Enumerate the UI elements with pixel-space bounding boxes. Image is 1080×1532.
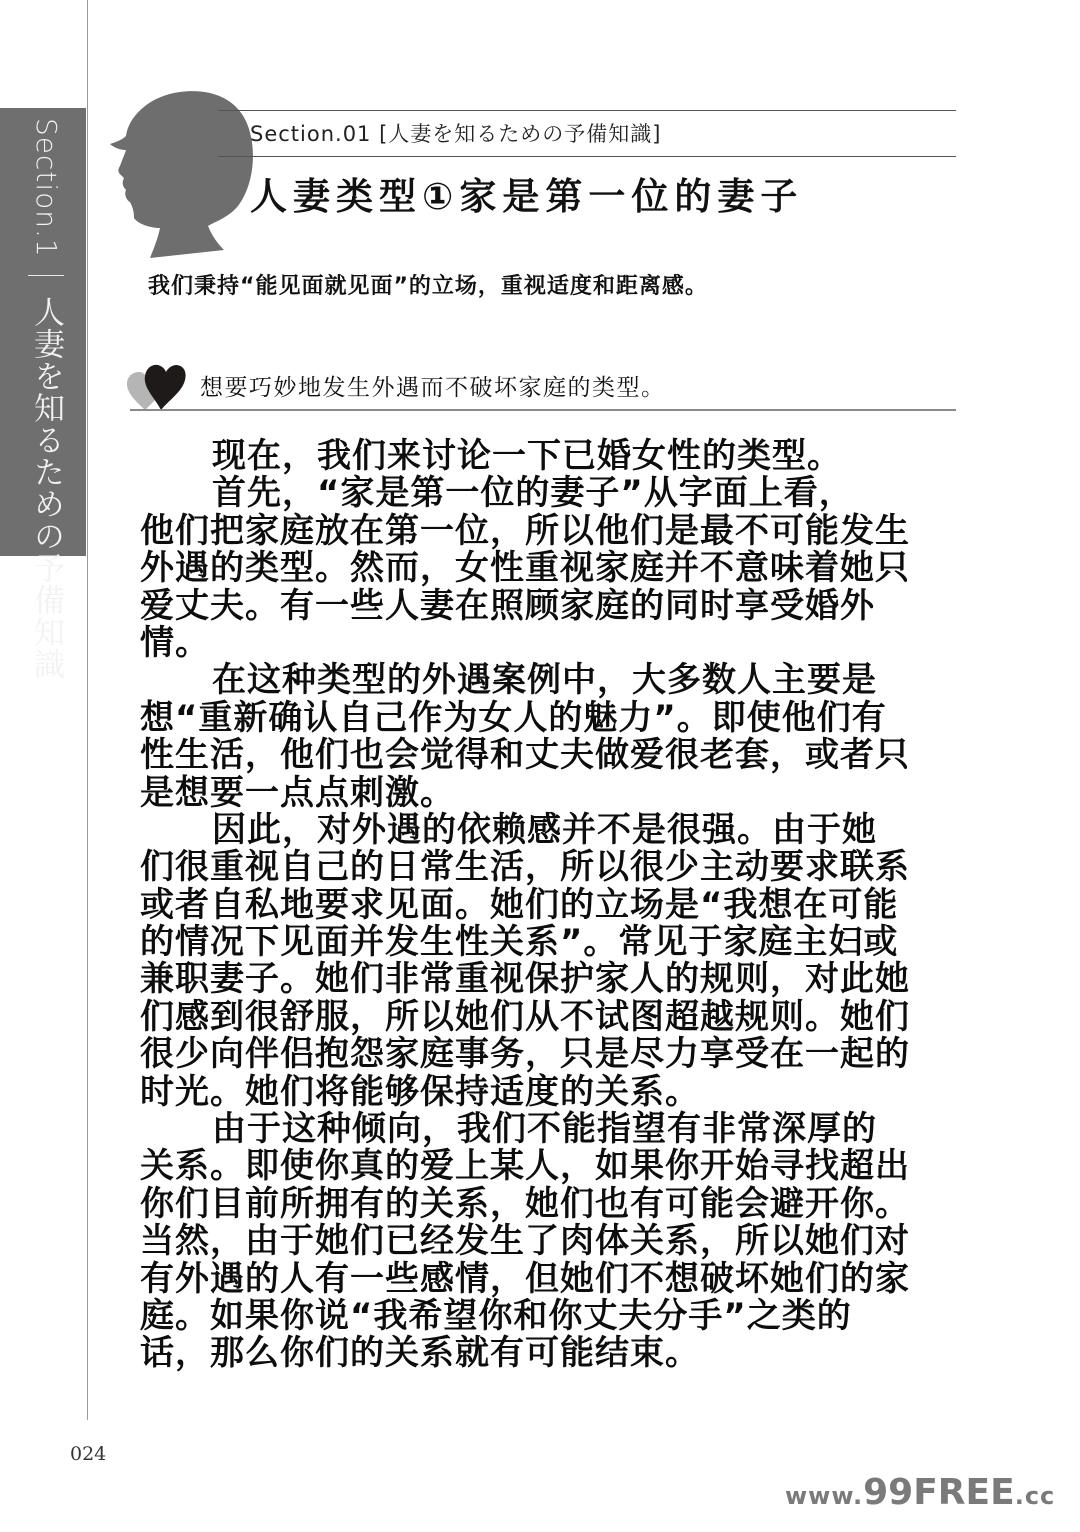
body-line: 想“重新确认自己作为女人的魅力”。即使他们有 (140, 700, 960, 737)
body-line: 很少向伴侣抱怨家庭事务，只是尽力享受在一起的 (140, 1036, 960, 1073)
woman-silhouette-icon (110, 88, 260, 258)
body-text: 现在，我们来讨论一下已婚女性的类型。 首先，“家是第一位的妻子”从字面上看， 他… (140, 438, 960, 1373)
side-tab-chapter: 人妻を知るための予備知識 (28, 296, 64, 680)
side-tab-section: Section.1 (30, 118, 62, 258)
body-line: 情。 (140, 625, 960, 662)
body-line: 兼职妻子。她们非常重视保护家人的规则，对此她 (140, 961, 960, 998)
body-line: 时光。她们将能够保持适度的关系。 (140, 1074, 960, 1111)
body-line: 的情况下见面并发生性关系”。常见于家庭主妇或 (140, 924, 960, 961)
watermark: www.99FREE.cc (785, 1472, 1055, 1513)
body-line: 们很重视自己的日常生活，所以很少主动要求联系 (140, 849, 960, 886)
body-line: 在这种类型的外遇案例中，大多数人主要是 (140, 662, 960, 699)
side-tab-separator (28, 275, 64, 276)
body-line: 因此，对外遇的依赖感并不是很强。由于她 (140, 812, 960, 849)
body-line: 当然，由于她们已经发生了肉体关系，所以她们对 (140, 1223, 960, 1260)
subhead-rule (130, 409, 956, 411)
header-top-rule (218, 110, 956, 111)
watermark-brand: 99FREE (863, 1472, 1015, 1513)
body-line: 庭。如果你说“我希望你和你丈夫分手”之类的 (140, 1298, 960, 1335)
body-line: 话，那么你们的关系就有可能结束。 (140, 1335, 960, 1372)
lead-text: 我们秉持“能见面就见面”的立场，重视适度和距离感。 (148, 269, 708, 300)
header-bottom-rule (218, 156, 956, 157)
body-line: 他们把家庭放在第一位，所以他们是最不可能发生 (140, 513, 960, 550)
page-number: 024 (70, 1443, 106, 1465)
watermark-prefix: www. (785, 1482, 863, 1510)
side-tab-text: Section.1 人妻を知るための予備知識 (28, 118, 64, 680)
body-line: 们感到很舒服，所以她们从不试图超越规则。她们 (140, 999, 960, 1036)
page-margin-rule (87, 0, 88, 1420)
watermark-suffix: .cc (1015, 1482, 1056, 1510)
body-line: 首先，“家是第一位的妻子”从字面上看， (140, 475, 960, 512)
page-title: 人妻类型①家是第一位的妻子 (250, 166, 803, 220)
body-line: 你们目前所拥有的关系，她们也有可能会避开你。 (140, 1186, 960, 1223)
body-line: 有外遇的人有一些感情，但她们不想破坏她们的家 (140, 1261, 960, 1298)
body-line: 关系。即使你真的爱上某人，如果你开始寻找超出 (140, 1148, 960, 1185)
body-line: 现在，我们来讨论一下已婚女性的类型。 (140, 438, 960, 475)
side-tab: Section.1 人妻を知るための予備知識 (0, 108, 86, 556)
body-line: 或者自私地要求见面。她们的立场是“我想在可能 (140, 887, 960, 924)
body-line: 爱丈夫。有一些人妻在照顾家庭的同时享受婚外 (140, 588, 960, 625)
body-line: 由于这种倾向，我们不能指望有非常深厚的 (140, 1111, 960, 1148)
body-line: 外遇的类型。然而，女性重视家庭并不意味着她只 (140, 550, 960, 587)
body-line: 是想要一点点刺激。 (140, 775, 960, 812)
body-line: 性生活，他们也会觉得和丈夫做爱很老套，或者只 (140, 737, 960, 774)
section-label: Section.01 [人妻を知るための予備知識] (250, 118, 661, 148)
hearts-icon (127, 362, 187, 412)
subhead-text: 想要巧妙地发生外遇而不破坏家庭的类型。 (200, 369, 666, 402)
